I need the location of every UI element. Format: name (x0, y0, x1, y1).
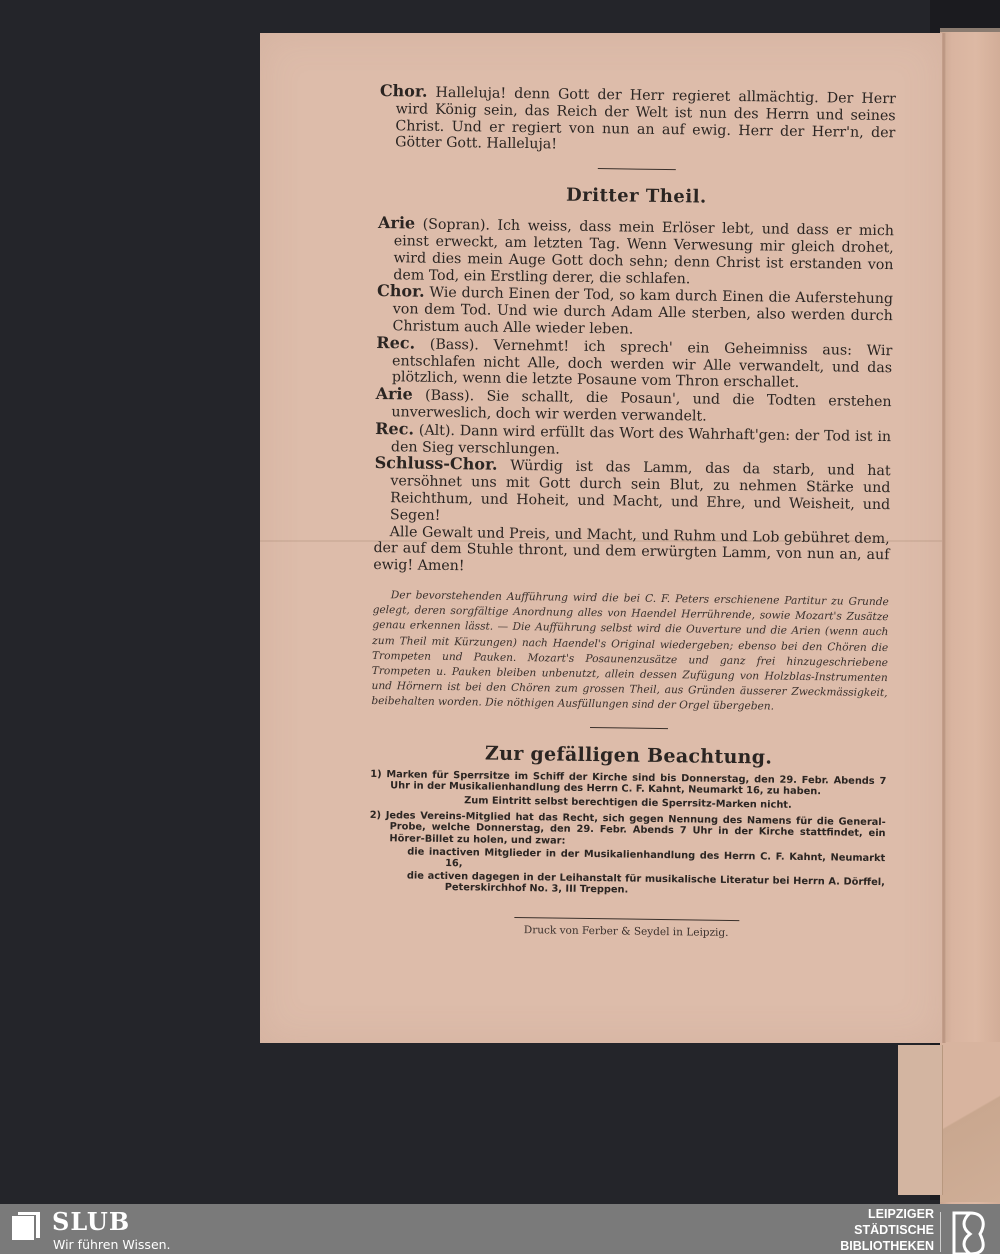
section-label: Schluss-Chor. (375, 453, 498, 474)
logo-divider (940, 1212, 941, 1252)
lsb-line: BIBLIOTHEKEN (840, 1238, 934, 1254)
voice-label: (Bass). (413, 388, 475, 405)
section-label: Arie (378, 213, 415, 233)
folded-corner (940, 1042, 1000, 1202)
slub-logo-text[interactable]: SLUB (52, 1207, 130, 1236)
lsb-line: LEIPZIGER (840, 1206, 934, 1222)
voice-label: (Alt). (414, 422, 455, 439)
voice-label: (Sopran). (415, 217, 490, 234)
page-tab-strip (898, 1045, 943, 1195)
separator-rule (590, 727, 668, 729)
section-text: Halleluja! denn Gott der Herr regieret a… (395, 85, 896, 153)
notice-item: 2) Jedes Vereins-Mitglied hat das Recht,… (369, 810, 885, 851)
section-text: Dann wird erfüllt das Wort des Wahrhaft'… (391, 423, 891, 457)
libretto-entry: Chor. Wie durch Einen der Tod, so kam du… (376, 283, 893, 342)
slub-tagline: Wir führen Wissen. (53, 1237, 171, 1252)
page-spine (942, 33, 946, 1043)
notice-item: 1) Marken für Sperrsitze im Schiff der K… (370, 768, 886, 798)
voice-label: (Bass). (415, 336, 479, 353)
lsb-book-logo-icon (950, 1210, 990, 1254)
lsb-logo-text[interactable]: LEIPZIGER STÄDTISCHE BIBLIOTHEKEN (840, 1206, 934, 1254)
notice-subitem: die activen dagegen in der Leihanstalt f… (369, 870, 885, 900)
section-label: Rec. (376, 333, 415, 353)
lsb-line: STÄDTISCHE (840, 1222, 934, 1238)
section-title: Dritter Theil. (378, 182, 894, 210)
notice-title: Zur gefälligen Beachtung. (371, 740, 887, 769)
section-label: Rec. (375, 419, 414, 439)
closing-verse: Alle Gewalt und Preis, und Macht, und Ru… (373, 523, 890, 581)
document-page: Chor. Halleluja! denn Gott der Herr regi… (260, 33, 942, 1043)
section-text: Wie durch Einen der Tod, so kam durch Ei… (392, 285, 893, 338)
section-label: Chor. (380, 81, 428, 101)
libretto-entry: Arie (Sopran). Ich weiss, dass mein Erlö… (377, 215, 894, 290)
performance-note: Der bevorstehenden Aufführung wird die b… (371, 588, 889, 717)
opening-chorus: Chor. Halleluja! denn Gott der Herr regi… (379, 83, 896, 158)
section-label: Arie (376, 384, 413, 404)
slub-logo-icon (12, 1212, 42, 1240)
book-page-edge (940, 28, 1000, 1204)
libretto-entry: Schluss-Chor. Würdig ist das Lamm, das d… (374, 455, 891, 530)
libretto-entry: Rec. (Bass). Vernehmt! ich sprech' ein G… (376, 335, 893, 394)
separator-rule (598, 168, 676, 170)
printer-imprint: Druck von Ferber & Seydel in Leipzig. (368, 921, 884, 940)
section-label: Chor. (377, 281, 425, 301)
notice-block: 1) Marken für Sperrsitze im Schiff der K… (369, 768, 887, 899)
separator-rule (514, 917, 739, 921)
page-content: Chor. Halleluja! denn Gott der Herr regi… (368, 83, 896, 941)
footer-bar: SLUB Wir führen Wissen. LEIPZIGER STÄDTI… (0, 1204, 1000, 1254)
